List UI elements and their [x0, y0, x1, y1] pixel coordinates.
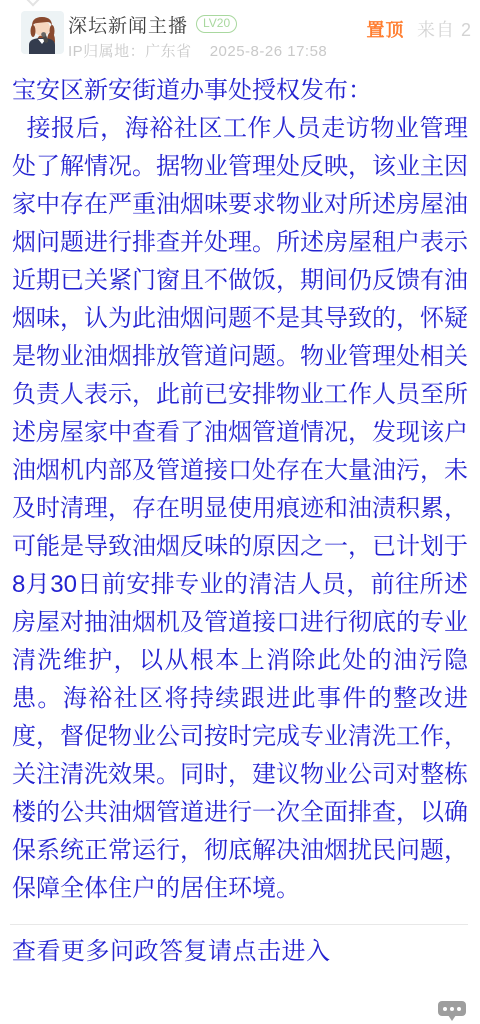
news-anchor-avatar-image: [21, 11, 64, 54]
post-meta: IP归属地：广东省2025-8-26 17:58: [68, 40, 327, 61]
from-source-link[interactable]: 来自 2: [417, 20, 472, 40]
header-right: 置顶 来自 2: [367, 16, 472, 42]
post-page: 深坛新闻主播 LV20 IP归属地：广东省2025-8-26 17:58 置顶 …: [0, 0, 480, 1024]
post-paragraph: 接报后，海裕社区工作人员走访物业管理处了解情况。据物业管理处反映，该业主因家中存…: [12, 110, 468, 908]
avatar[interactable]: [21, 11, 64, 54]
bubble-dot: [443, 1007, 447, 1011]
post-body: 宝安区新安街道办事处授权发布： 接报后，海裕社区工作人员走访物业管理处了解情况。…: [0, 64, 480, 908]
bubble-dot: [457, 1007, 461, 1011]
level-badge: LV20: [196, 15, 237, 33]
more-replies-link[interactable]: 查看更多问政答复请点击进入: [12, 934, 331, 970]
username[interactable]: 深坛新闻主播: [68, 11, 188, 38]
bubble-dot: [450, 1007, 454, 1011]
comment-bubble-icon[interactable]: [438, 1001, 466, 1016]
post-header: 深坛新闻主播 LV20 IP归属地：广东省2025-8-26 17:58 置顶 …: [0, 0, 480, 60]
divider: [10, 924, 468, 925]
post-heading: 宝安区新安街道办事处授权发布：: [12, 72, 468, 110]
pinned-badge: 置顶: [367, 20, 405, 40]
timestamp: 2025-8-26 17:58: [210, 43, 328, 60]
ip-location-label: IP归属地：广东省: [68, 43, 192, 60]
user-block: 深坛新闻主播 LV20 IP归属地：广东省2025-8-26 17:58: [68, 12, 327, 61]
